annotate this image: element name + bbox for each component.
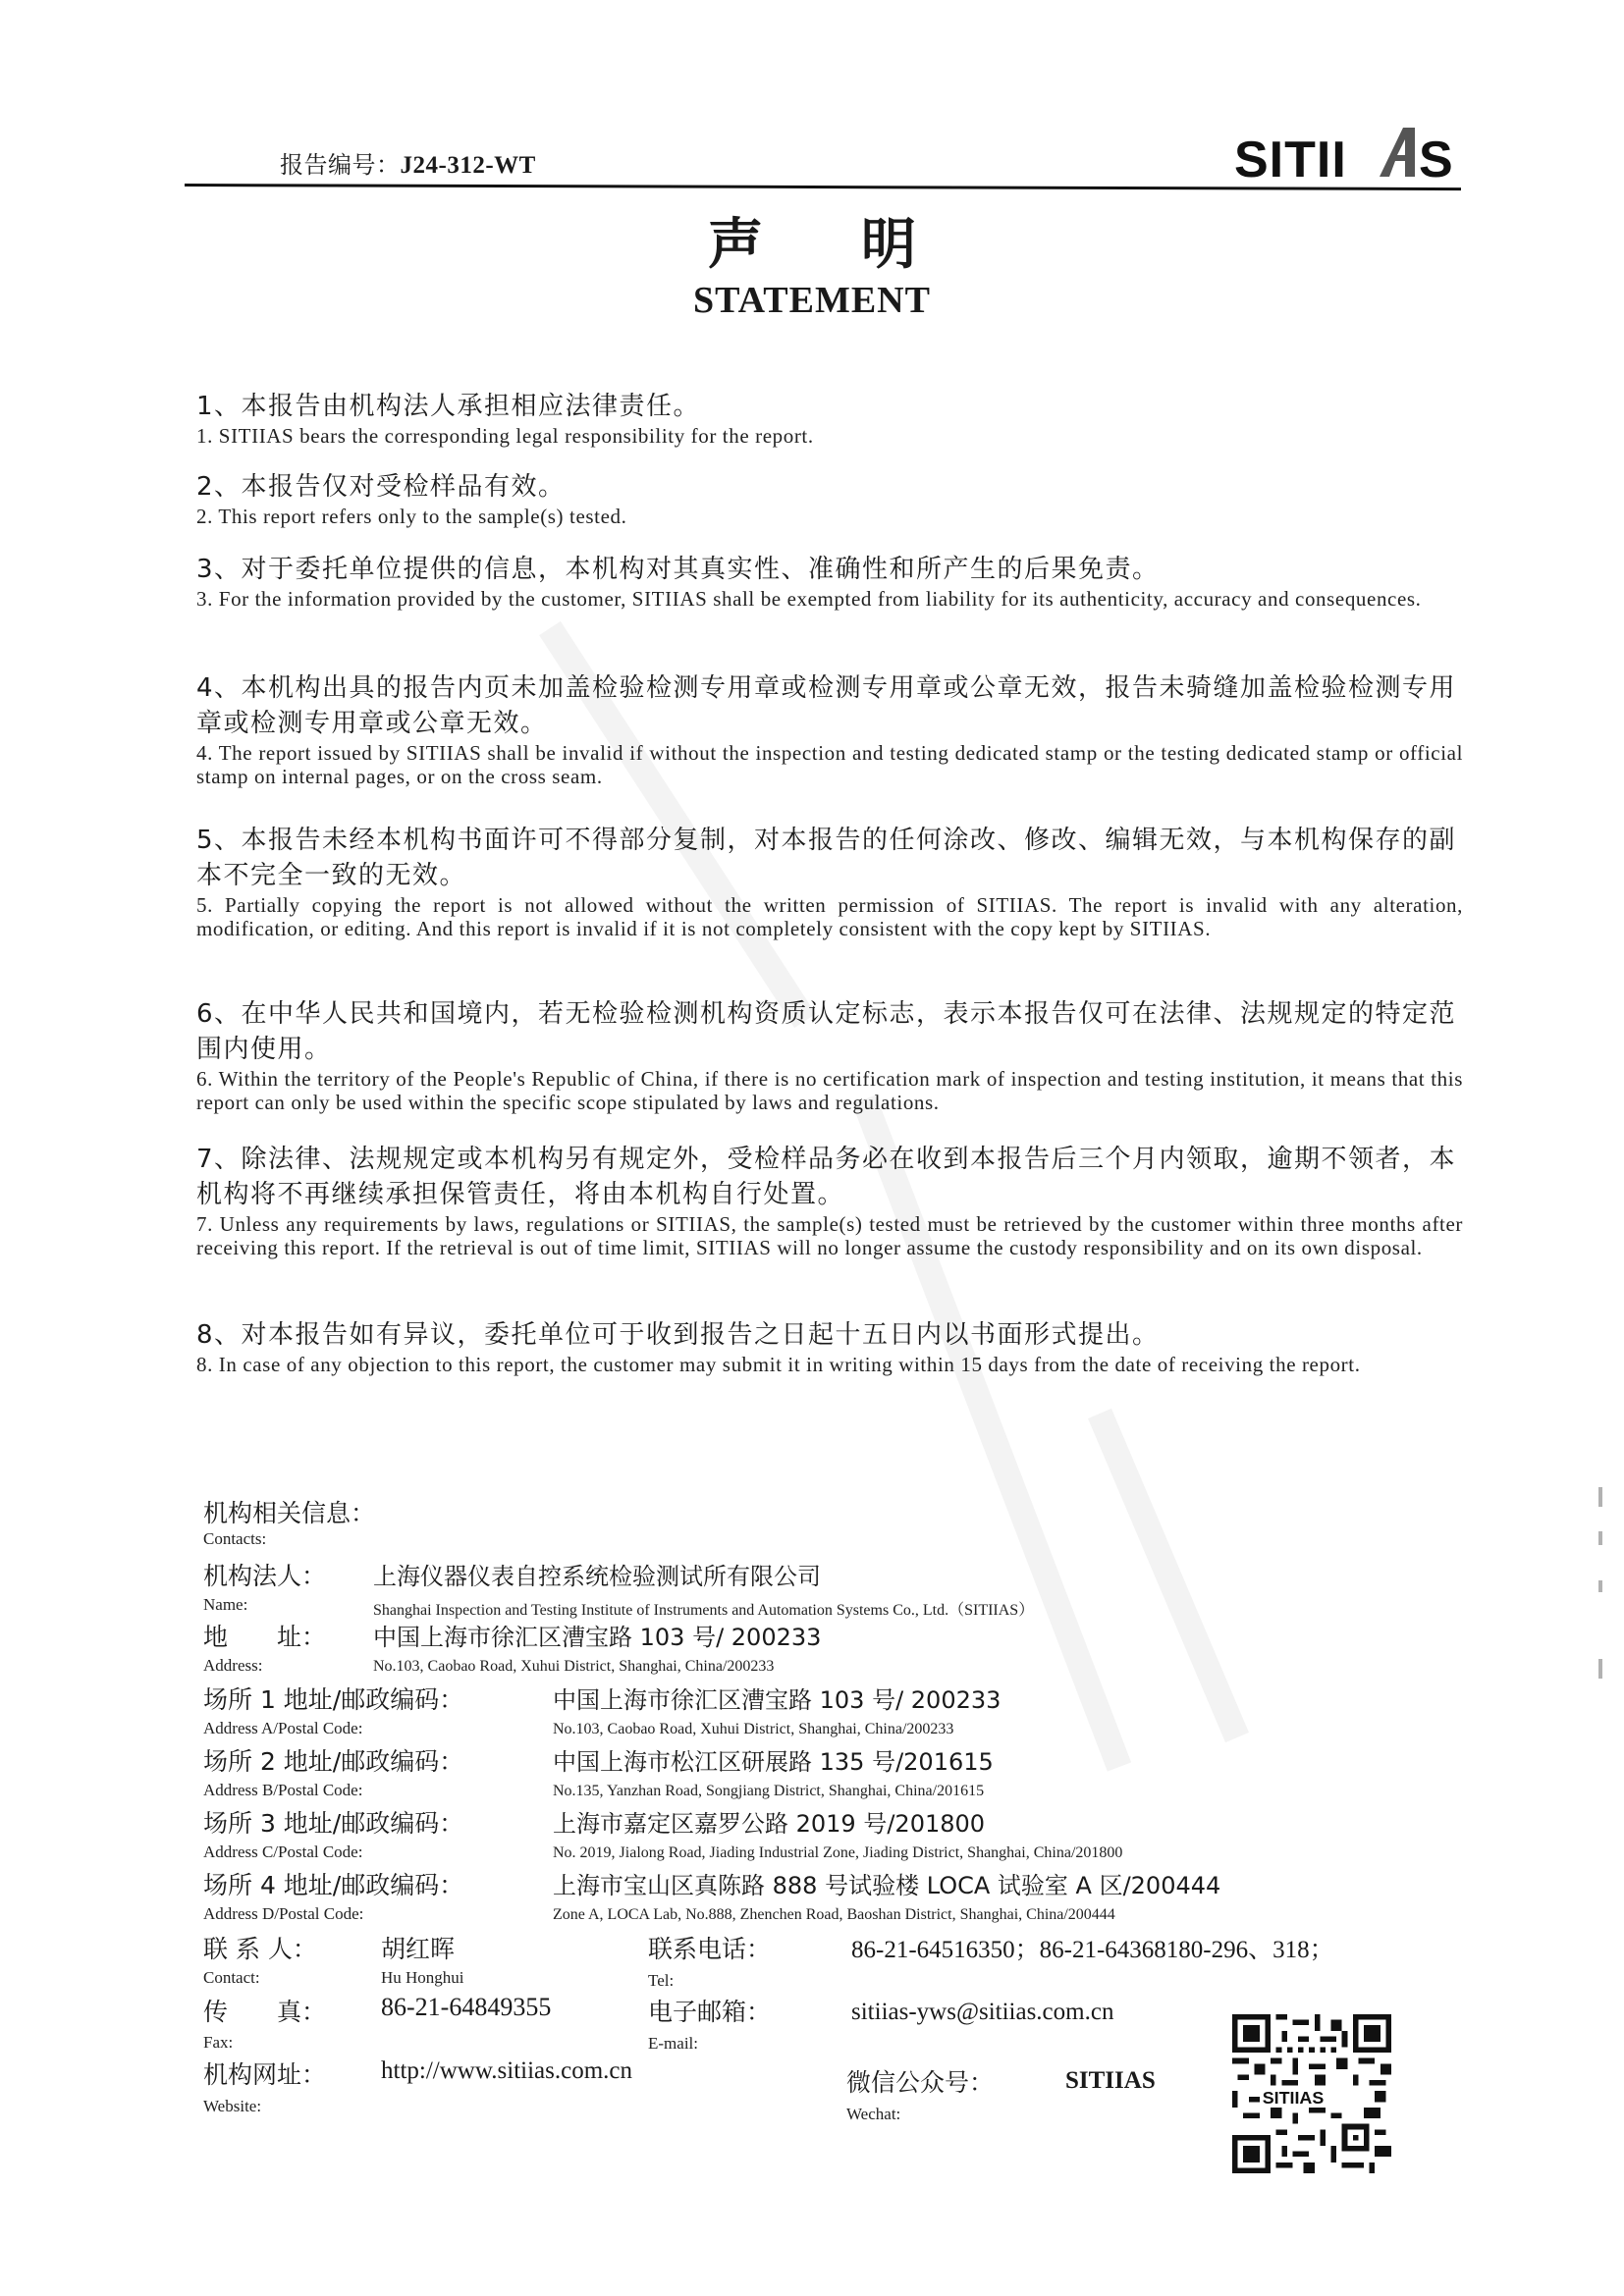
website-link[interactable]: http://www.sitiias.com.cn [381,2057,632,2085]
site-3-label-en: Address C/Postal Code: [203,1842,362,1862]
statement-2: 2、本报告仅对受检样品有效。 2. This report refers onl… [196,469,1463,528]
statement-5: 5、本报告未经本机构书面许可不得部分复制，对本报告的任何涂改、修改、编辑无效，与… [196,823,1463,940]
address-label-cn: 地 址： [203,1618,326,1653]
header-divider [185,184,1461,190]
name-value-en: Shanghai Inspection and Testing Institut… [373,1597,1034,1620]
svg-text:SITIIAS: SITIIAS [1263,2088,1325,2108]
svg-text:S: S [1419,132,1453,185]
statement-5-cn: 5、本报告未经本机构书面许可不得部分复制，对本报告的任何涂改、修改、编辑无效，与… [196,823,1463,893]
statement-8-cn: 8、对本报告如有异议，委托单位可于收到报告之日起十五日内以书面形式提出。 [196,1317,1463,1353]
seam-stamp-mark [1598,1659,1602,1679]
statement-1-cn: 1、本报告由机构法人承担相应法律责任。 [196,389,1463,424]
site-2-label-en: Address B/Postal Code: [203,1781,362,1800]
qr-code-icon: SITIIAS [1232,2012,1391,2175]
site-2-value-cn: 中国上海市松江区研展路 135 号/201615 [553,1742,994,1777]
statement-4-en: 4. The report issued by SITIIAS shall be… [196,741,1463,788]
sitiias-logo: SITII S [1234,126,1470,183]
name-value-cn: 上海仪器仪表自控系统检验测试所有限公司 [373,1557,821,1591]
statement-2-en: 2. This report refers only to the sample… [196,505,1463,528]
fax-label-cn: 传 真： [203,1993,326,2028]
contact-person-value-cn: 胡红晖 [381,1930,455,1965]
statement-3-en: 3. For the information provided by the c… [196,587,1463,611]
statement-7-cn: 7、除法律、法规规定或本机构另有规定外，受检样品务必在收到本报告后三个月内领取，… [196,1142,1463,1212]
email-label-cn: 电子邮箱： [648,1993,771,2028]
wechat-qr-code[interactable]: SITIIAS [1232,2012,1391,2175]
site-2-label-cn: 场所 2 地址/邮政编码： [203,1742,463,1778]
email-link[interactable]: sitiias-yws@sitiias.com.cn [851,1999,1113,2026]
statement-1: 1、本报告由机构法人承担相应法律责任。 1. SITIIAS bears the… [196,389,1463,448]
email-label-en: E-mail: [648,2034,698,2054]
site-1-label-cn: 场所 1 地址/邮政编码： [203,1681,463,1716]
tel-value[interactable]: 86-21-64516350；86-21-64368180-296、318； [851,1930,1334,1965]
tel-label-en: Tel: [648,1971,674,1991]
statement-8-en: 8. In case of any objection to this repo… [196,1353,1463,1376]
site-3-label-cn: 场所 3 地址/邮政编码： [203,1804,463,1840]
name-label-en: Name: [203,1595,247,1615]
statement-6: 6、在中华人民共和国境内，若无检验检测机构资质认定标志，表示本报告仅可在法律、法… [196,996,1463,1114]
site-4-label-en: Address D/Postal Code: [203,1904,363,1924]
seam-stamp-mark [1598,1487,1602,1507]
site-4-value-cn: 上海市宝山区真陈路 888 号试验楼 LOCA 试验室 A 区/200444 [553,1866,1220,1900]
contact-person-value-en: Hu Honghui [381,1968,464,1988]
statement-8: 8、对本报告如有异议，委托单位可于收到报告之日起十五日内以书面形式提出。 8. … [196,1317,1463,1376]
statement-3: 3、对于委托单位提供的信息，本机构对其真实性、准确性和所产生的后果免责。 3. … [196,552,1463,611]
statement-6-en: 6. Within the territory of the People's … [196,1067,1463,1114]
seam-stamp-mark [1598,1580,1602,1592]
statement-5-en: 5. Partially copying the report is not a… [196,893,1463,940]
address-label-en: Address: [203,1656,262,1676]
contact-person-label-cn: 联 系 人： [203,1930,317,1965]
wechat-label-cn: 微信公众号： [846,2063,994,2099]
site-3-value-cn: 上海市嘉定区嘉罗公路 2019 号/201800 [553,1804,985,1839]
wechat-label-en: Wechat: [846,2105,900,2124]
site-3-value-en: No. 2019, Jialong Road, Jiading Industri… [553,1844,1122,1862]
report-number-label: 报告编号： [280,151,401,179]
site-1-value-cn: 中国上海市徐汇区漕宝路 103 号/ 200233 [553,1681,1001,1715]
title-chinese: 声明 [0,201,1624,280]
name-label-cn: 机构法人： [203,1557,326,1592]
website-label-en: Website: [203,2097,261,2116]
site-4-value-en: Zone A, LOCA Lab, No.888, Zhenchen Road,… [553,1906,1115,1924]
site-4-label-cn: 场所 4 地址/邮政编码： [203,1866,463,1901]
contact-person-label-en: Contact: [203,1968,260,1988]
wechat-value: SITIIAS [1065,2067,1156,2095]
fax-value: 86-21-64849355 [381,1993,551,2022]
title-english: STATEMENT [0,279,1624,322]
address-value-en: No.103, Caobao Road, Xuhui District, Sha… [373,1658,774,1676]
statement-1-en: 1. SITIIAS bears the corresponding legal… [196,424,1463,448]
statement-4-cn: 4、本机构出具的报告内页未加盖检验检测专用章或检测专用章或公章无效，报告未骑缝加… [196,670,1463,741]
tel-label-cn: 联系电话： [648,1930,771,1965]
report-number: 报告编号：J24-312-WT [280,145,536,180]
svg-text:SITII: SITII [1234,132,1347,185]
site-2-value-en: No.135, Yanzhan Road, Songjiang District… [553,1783,984,1800]
seam-stamp-mark [1598,1531,1602,1545]
site-1-label-en: Address A/Postal Code: [203,1719,362,1738]
site-1-value-en: No.103, Caobao Road, Xuhui District, Sha… [553,1721,953,1738]
contacts-heading-cn: 机构相关信息： [203,1494,375,1529]
statement-7: 7、除法律、法规规定或本机构另有规定外，受检样品务必在收到本报告后三个月内领取，… [196,1142,1463,1259]
statement-4: 4、本机构出具的报告内页未加盖检验检测专用章或检测专用章或公章无效，报告未骑缝加… [196,670,1463,788]
fax-label-en: Fax: [203,2033,233,2053]
statement-3-cn: 3、对于委托单位提供的信息，本机构对其真实性、准确性和所产生的后果免责。 [196,552,1463,587]
contacts-heading-en: Contacts: [203,1529,266,1549]
statement-7-en: 7. Unless any requirements by laws, regu… [196,1212,1463,1259]
statement-6-cn: 6、在中华人民共和国境内，若无检验检测机构资质认定标志，表示本报告仅可在法律、法… [196,996,1463,1067]
statement-2-cn: 2、本报告仅对受检样品有效。 [196,469,1463,505]
report-number-value: J24-312-WT [401,152,536,179]
address-value-cn: 中国上海市徐汇区漕宝路 103 号/ 200233 [373,1618,821,1652]
logo-icon: SITII S [1234,126,1470,185]
website-label-cn: 机构网址： [203,2056,326,2091]
